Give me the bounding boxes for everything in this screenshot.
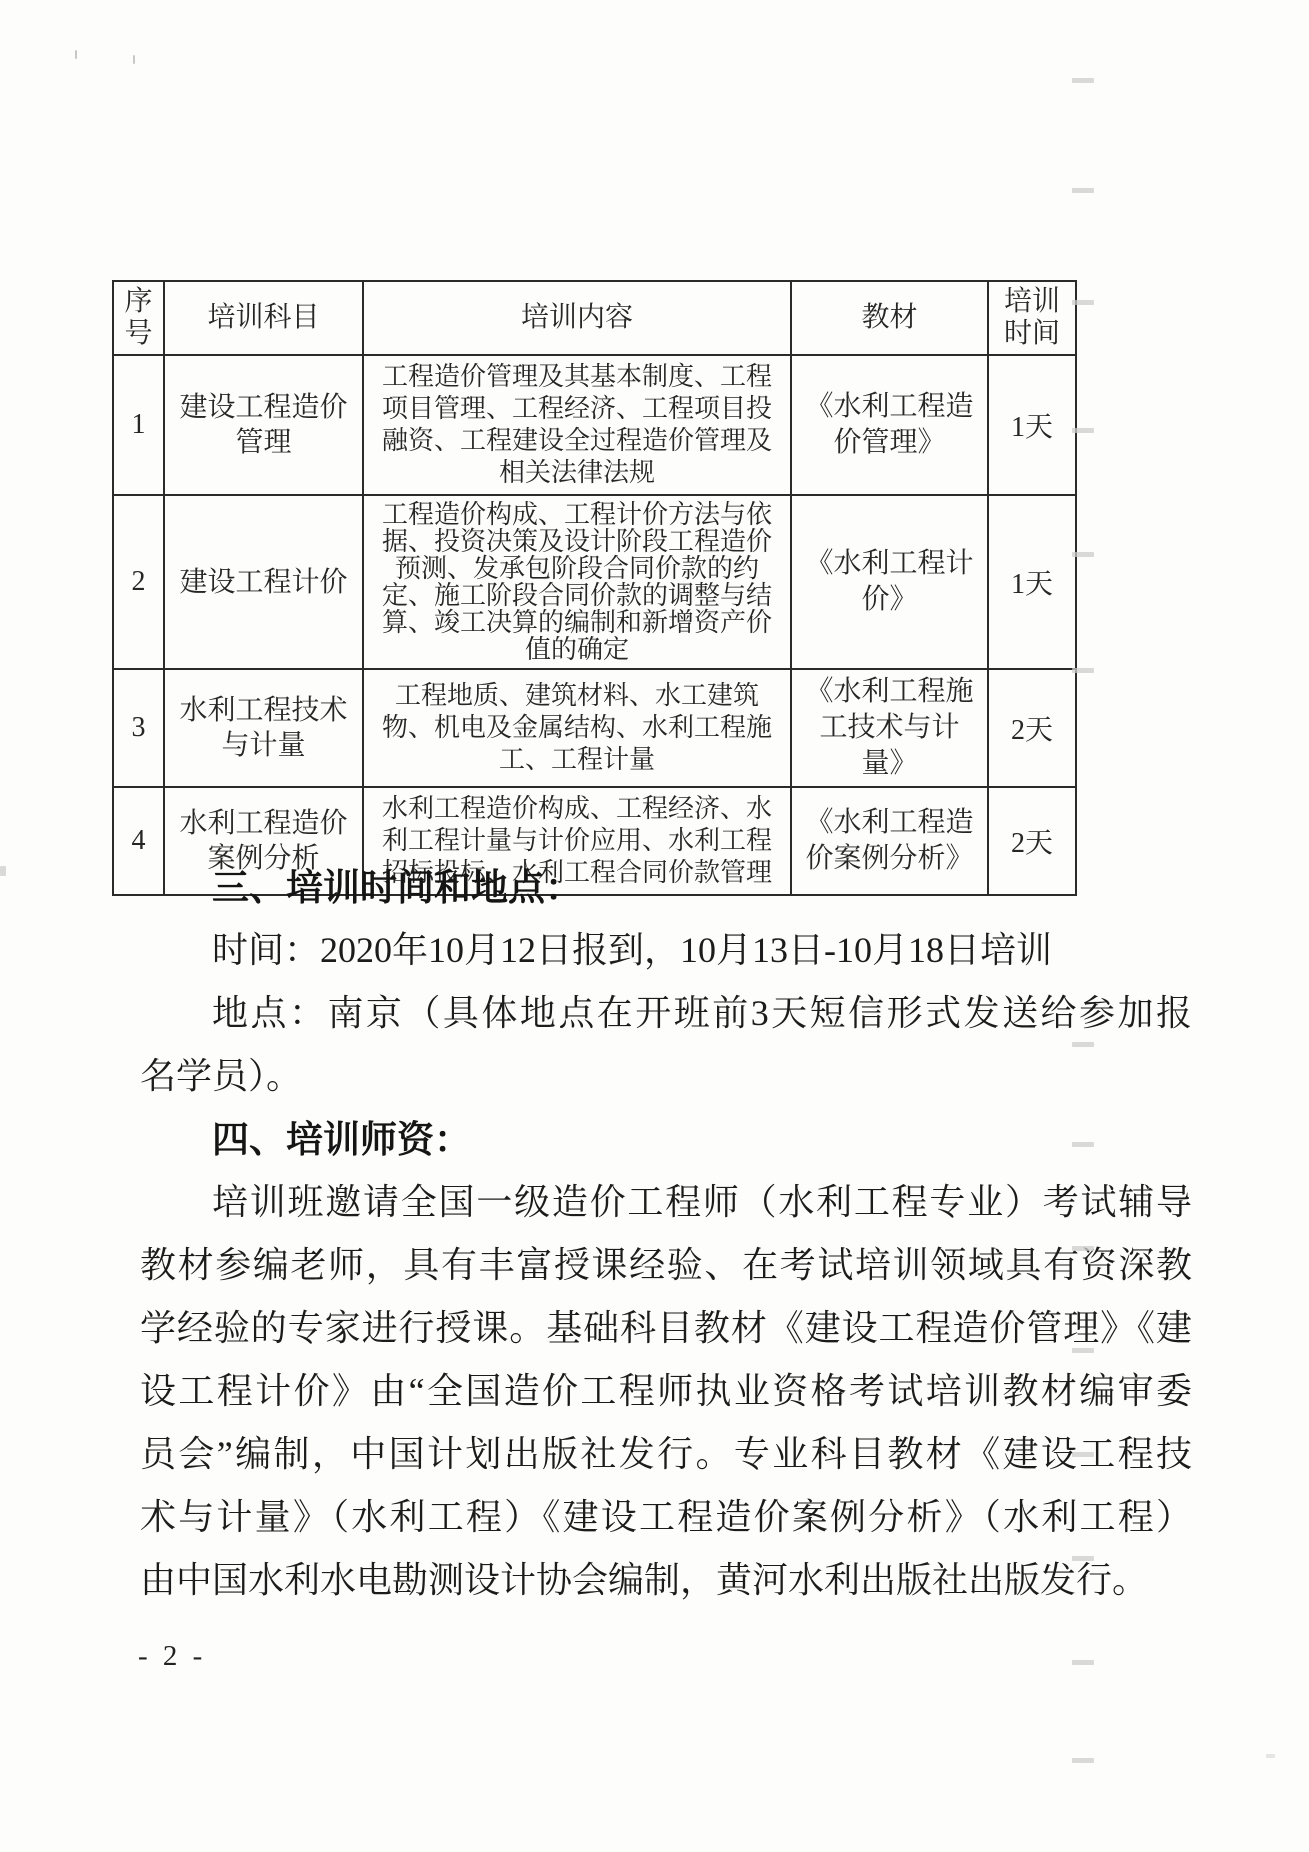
body-text-line: 设工程计价》由“全国造价工程师执业资格考试培训教材编审委 (140, 1360, 1192, 1423)
body-text-line: 教材参编老师，具有丰富授课经验、在考试培训领域具有资深教 (140, 1234, 1192, 1297)
column-header-subject: 培训科目 (164, 281, 363, 355)
scan-artifact (1072, 300, 1094, 305)
duration-cell: 1天 (988, 355, 1076, 495)
row-number-cell: 2 (113, 495, 164, 669)
section3-body: 时间：2020年10月12日报到，10月13日-10月18日培训地点：南京（具体… (140, 919, 1192, 1108)
document-page: 序号 培训科目 培训内容 教材 培训时间 1 建设工程造价管理 工程造价管理及其… (0, 0, 1309, 1852)
body-text-line: 时间：2020年10月12日报到，10月13日-10月18日培训 (140, 919, 1192, 982)
section3-heading: 三、培训时间和地点： (140, 856, 1192, 919)
column-header-textbook: 教材 (791, 281, 988, 355)
column-header-number: 序号 (113, 281, 164, 355)
body-text-line: 培训班邀请全国一级造价工程师（水利工程专业）考试辅导 (140, 1171, 1192, 1234)
textbook-cell: 《水利工程施工技术与计量》 (791, 669, 988, 787)
scan-artifact (1072, 1660, 1094, 1665)
table-header-row: 序号 培训科目 培训内容 教材 培训时间 (113, 281, 1076, 355)
section4-body: 培训班邀请全国一级造价工程师（水利工程专业）考试辅导教材参编老师，具有丰富授课经… (140, 1171, 1192, 1612)
row-number-cell: 3 (113, 669, 164, 787)
content-cell: 工程造价管理及其基本制度、工程项目管理、工程经济、工程项目投融资、工程建设全过程… (363, 355, 791, 495)
table-row: 2 建设工程计价 工程造价构成、工程计价方法与依据、投资决策及设计阶段工程造价预… (113, 495, 1076, 669)
body-text-line: 名学员）。 (140, 1045, 1192, 1108)
scan-artifact (1072, 1348, 1094, 1353)
content-cell: 工程造价构成、工程计价方法与依据、投资决策及设计阶段工程造价预测、发承包阶段合同… (363, 495, 791, 669)
column-header-content: 培训内容 (363, 281, 791, 355)
scan-artifact (1072, 188, 1094, 193)
table-row: 1 建设工程造价管理 工程造价管理及其基本制度、工程项目管理、工程经济、工程项目… (113, 355, 1076, 495)
column-header-duration: 培训时间 (988, 281, 1076, 355)
body-text-line: 学经验的专家进行授课。基础科目教材《建设工程造价管理》《建 (140, 1297, 1192, 1360)
scan-artifact (0, 866, 6, 876)
subject-cell: 建设工程计价 (164, 495, 363, 669)
duration-cell: 2天 (988, 669, 1076, 787)
subject-cell: 水利工程技术与计量 (164, 669, 363, 787)
scan-artifact (1072, 1758, 1094, 1763)
subject-cell: 建设工程造价管理 (164, 355, 363, 495)
page-number: - 2 - (138, 1640, 206, 1673)
textbook-cell: 《水利工程造价管理》 (791, 355, 988, 495)
scan-artifact (1072, 1042, 1094, 1047)
section4-heading: 四、培训师资： (140, 1108, 1192, 1171)
body-text-line: 地点：南京（具体地点在开班前3天短信形式发送给参加报 (140, 982, 1192, 1045)
document-body: 三、培训时间和地点： 时间：2020年10月12日报到，10月13日-10月18… (140, 856, 1192, 1612)
body-text-line: 术与计量》（水利工程）《建设工程造价案例分析》（水利工程） (140, 1486, 1192, 1549)
row-number-cell: 1 (113, 355, 164, 495)
scan-artifact (1072, 1142, 1094, 1147)
table-row: 3 水利工程技术与计量 工程地质、建筑材料、水工建筑物、机电及金属结构、水利工程… (113, 669, 1076, 787)
scan-artifact (1072, 1246, 1094, 1251)
scan-artifact (1072, 1452, 1094, 1457)
duration-cell: 1天 (988, 495, 1076, 669)
scan-artifact (1072, 428, 1094, 433)
scan-artifact (1266, 1754, 1275, 1758)
scan-artifact (1072, 78, 1094, 83)
body-text-line: 员会”编制，中国计划出版社发行。专业科目教材《建设工程技 (140, 1423, 1192, 1486)
textbook-cell: 《水利工程计价》 (791, 495, 988, 669)
scan-artifact (133, 55, 135, 64)
content-cell: 工程地质、建筑材料、水工建筑物、机电及金属结构、水利工程施工、工程计量 (363, 669, 791, 787)
scan-artifact (75, 50, 77, 59)
training-schedule-table: 序号 培训科目 培训内容 教材 培训时间 1 建设工程造价管理 工程造价管理及其… (112, 280, 1077, 896)
scan-artifact (1072, 1556, 1094, 1561)
body-text-line: 由中国水利水电勘测设计协会编制，黄河水利出版社出版发行。 (140, 1549, 1192, 1612)
scan-artifact (1072, 552, 1094, 557)
scan-artifact (1072, 668, 1094, 673)
